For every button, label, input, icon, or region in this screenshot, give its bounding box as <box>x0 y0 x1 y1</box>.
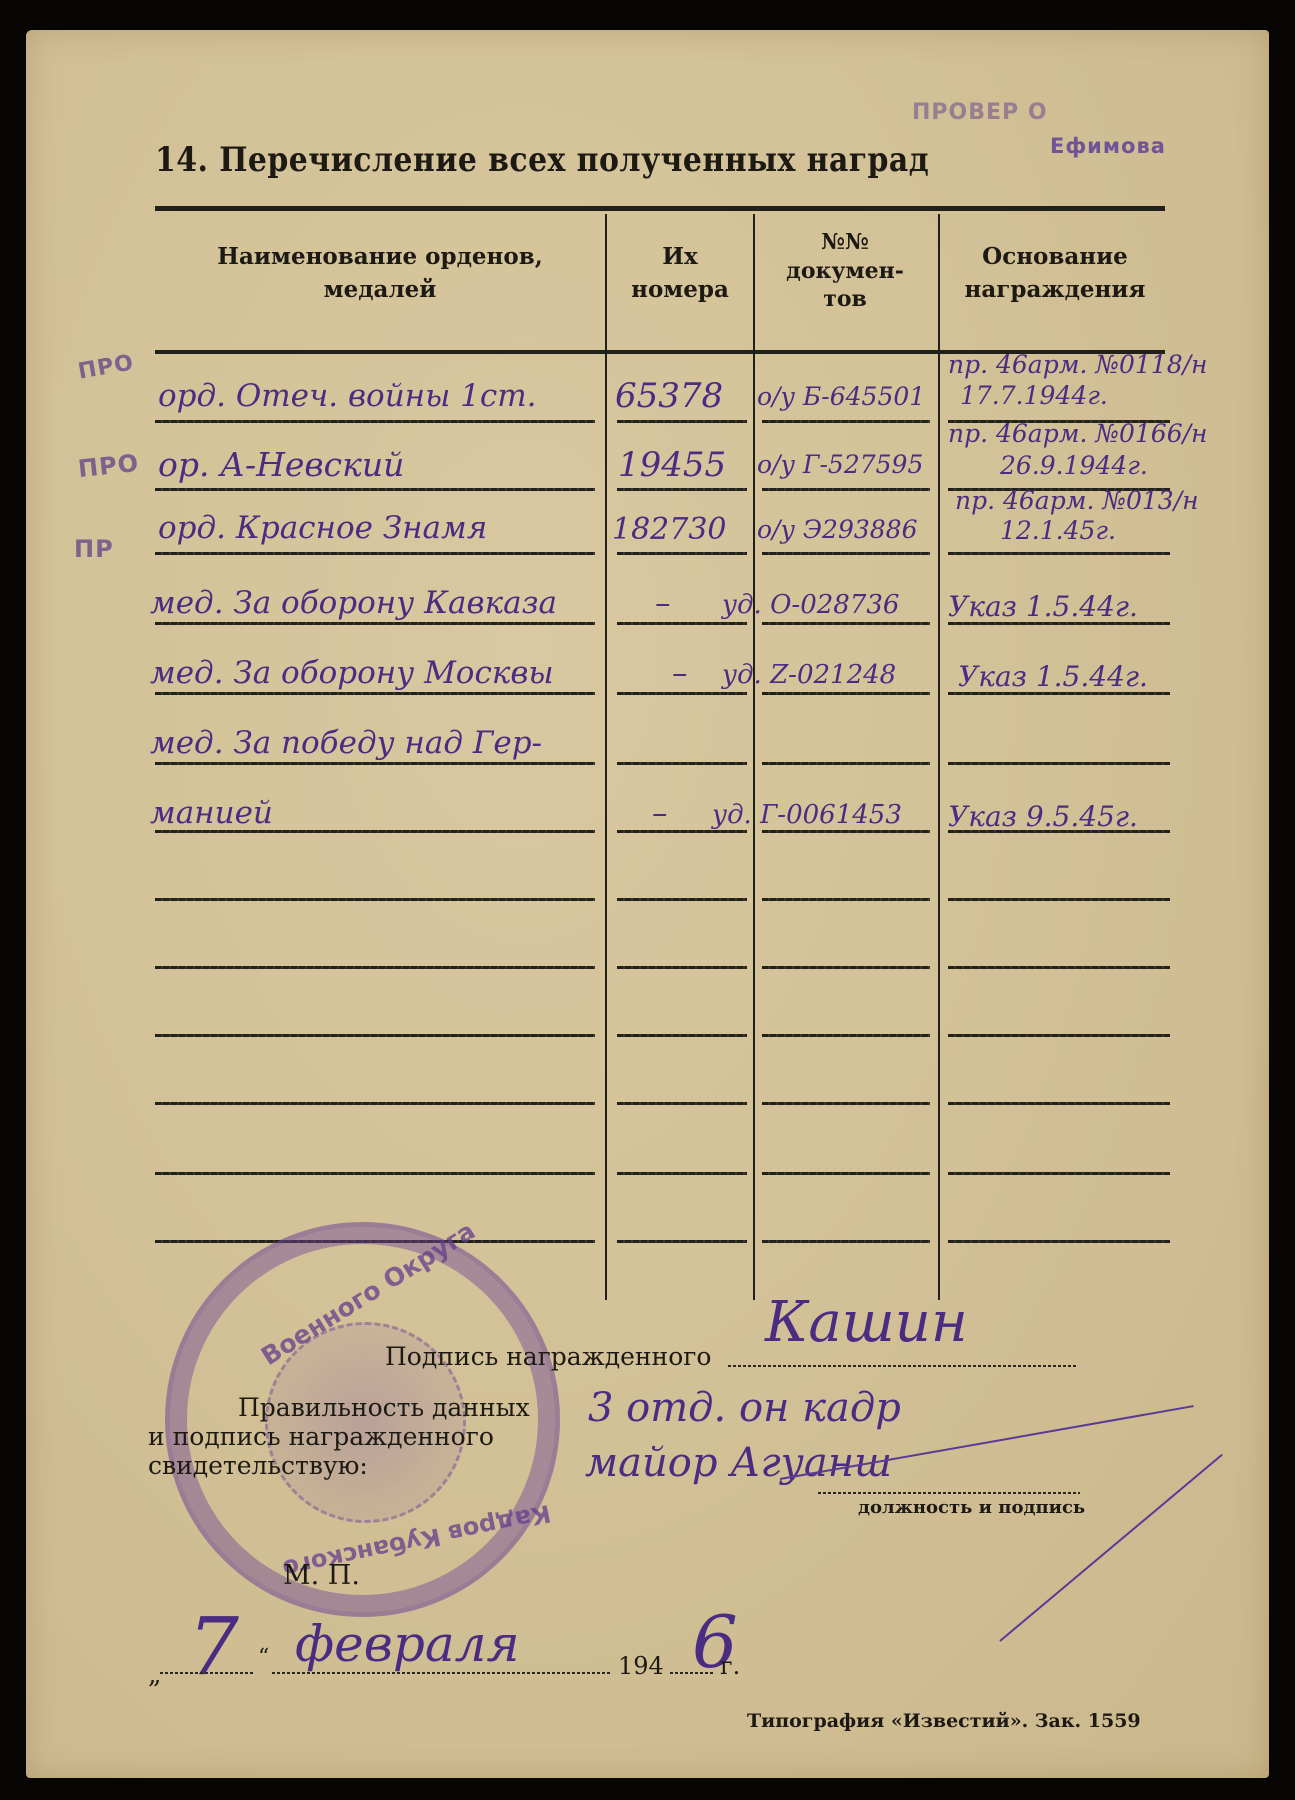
table-row-rule <box>155 1172 595 1175</box>
award-number: 19455 <box>618 445 726 485</box>
award-name: ор. А-Невский <box>158 445 404 484</box>
date-open-quote: „ <box>148 1660 161 1690</box>
awardee-signature-label: Подпись награжденного <box>385 1342 711 1371</box>
date-day: 7 <box>188 1600 239 1693</box>
award-basis: пр. 46арм. №0166/н <box>948 421 1208 447</box>
award-name: орд. Красное Знамя <box>158 510 487 546</box>
table-row-rule <box>762 552 930 555</box>
table-row-rule <box>155 898 595 901</box>
table-row-rule <box>762 1172 930 1175</box>
date-year-unit: г. <box>720 1652 740 1680</box>
table-row-rule <box>948 552 1170 555</box>
table-row-rule <box>155 622 595 625</box>
table-row-rule <box>617 966 747 969</box>
award-number: 65378 <box>615 376 723 416</box>
certify-label-line3: свидетельствую: <box>148 1451 368 1480</box>
table-row-rule <box>617 1102 747 1105</box>
column-divider-1 <box>605 214 607 1300</box>
table-row-rule <box>762 622 930 625</box>
printer-imprint: Типография «Известий». Зак. 1559 <box>747 1710 1141 1732</box>
table-row-rule <box>155 488 595 491</box>
month-line <box>272 1672 612 1674</box>
table-row-rule <box>762 692 930 695</box>
award-document: уд. Г-0061453 <box>712 800 902 830</box>
header-numbers: Их номера <box>612 240 748 307</box>
award-name: мед. За победу над Гер- <box>150 725 542 761</box>
award-basis: Указ 1.5.44г. <box>948 590 1138 623</box>
table-row-rule <box>617 488 747 491</box>
award-basis: пр. 46арм. №013/н <box>955 488 1199 514</box>
award-number: 182730 <box>612 512 727 547</box>
table-row-rule <box>762 966 930 969</box>
table-row-rule <box>617 762 747 765</box>
award-name: орд. Отеч. войны 1ст. <box>158 378 537 414</box>
table-row-rule <box>762 420 930 423</box>
table-row-rule <box>762 1102 930 1105</box>
table-row-rule <box>155 762 595 765</box>
day-line <box>160 1672 255 1674</box>
award-number: – <box>652 795 668 831</box>
table-row-rule <box>617 1240 747 1243</box>
table-row-rule <box>762 830 930 833</box>
table-row-rule <box>762 488 930 491</box>
award-basis: Указ 9.5.45г. <box>948 800 1138 833</box>
certify-label-line2: и подпись награжденного <box>148 1422 494 1451</box>
table-row-rule <box>155 1102 595 1105</box>
certifier-position: 3 отд. он кадр <box>588 1385 901 1431</box>
awardee-signature: Кашин <box>765 1290 968 1355</box>
certifier-signature: майор Агуанш <box>585 1440 892 1486</box>
table-row-rule <box>617 1172 747 1175</box>
table-row-rule <box>948 1034 1170 1037</box>
date-year-prefix: 194 <box>618 1652 664 1680</box>
margin-stamp: ПР <box>74 535 114 563</box>
award-name: манией <box>150 795 273 831</box>
award-name: мед. За оборону Москвы <box>150 655 554 691</box>
table-row-rule <box>617 552 747 555</box>
table-row-rule <box>948 898 1170 901</box>
table-top-rule <box>155 206 1165 211</box>
award-document: уд. Z-021248 <box>722 660 896 690</box>
award-name: мед. За оборону Кавказа <box>150 585 557 621</box>
column-divider-3 <box>938 214 940 1300</box>
awardee-signature-line <box>728 1365 1078 1367</box>
table-row-rule <box>155 1034 595 1037</box>
award-document: о/у Г-527595 <box>757 450 923 479</box>
table-row-rule <box>617 830 747 833</box>
table-row-rule <box>948 1172 1170 1175</box>
table-row-rule <box>948 966 1170 969</box>
verified-stamp-line1: ПРОВЕР О <box>912 100 1048 125</box>
award-basis: пр. 46арм. №0118/н <box>948 352 1208 378</box>
column-divider-2 <box>753 214 755 1300</box>
award-number: – <box>672 655 688 691</box>
header-award-name: Наименование орденов, медалей <box>190 240 570 307</box>
award-document: о/у Э293886 <box>757 515 918 544</box>
table-row-rule <box>948 1240 1170 1243</box>
table-row-rule <box>762 1240 930 1243</box>
table-row-rule <box>617 1034 747 1037</box>
date-close-quote: “ <box>258 1645 269 1670</box>
header-basis: Основание награждения <box>945 240 1165 307</box>
table-row-rule <box>617 692 747 695</box>
table-row-rule <box>762 1034 930 1037</box>
certifier-signature-line <box>818 1492 1080 1494</box>
certify-label-line1: Правильность данных <box>238 1393 530 1422</box>
award-number: – <box>655 585 671 621</box>
table-row-rule <box>155 552 595 555</box>
table-row-rule <box>155 966 595 969</box>
award-document: о/у Б-645501 <box>757 382 925 411</box>
position-caption: должность и подпись <box>858 1497 1085 1518</box>
award-document: уд. О-028736 <box>722 590 899 620</box>
award-basis-date: 17.7.1944г. <box>960 383 1108 409</box>
award-basis-date: 26.9.1944г. <box>1000 453 1148 479</box>
table-row-rule <box>617 898 747 901</box>
table-row-rule <box>617 420 747 423</box>
award-basis: Указ 1.5.44г. <box>958 660 1148 693</box>
section-title: 14. Перечисление всех полученных наград <box>155 140 929 180</box>
year-line <box>670 1672 715 1674</box>
table-row-rule <box>617 622 747 625</box>
table-row-rule <box>762 762 930 765</box>
table-row-rule <box>948 762 1170 765</box>
table-row-rule <box>948 1102 1170 1105</box>
table-row-rule <box>155 692 595 695</box>
seal-placement-label: М. П. <box>283 1560 360 1591</box>
award-basis-date: 12.1.45г. <box>1000 518 1116 544</box>
table-row-rule <box>762 898 930 901</box>
table-row-rule <box>155 420 595 423</box>
verified-stamp-line2: Ефимова <box>1050 134 1166 158</box>
header-documents: №№ докумен- тов <box>775 228 915 314</box>
date-month: февраля <box>295 1615 520 1673</box>
